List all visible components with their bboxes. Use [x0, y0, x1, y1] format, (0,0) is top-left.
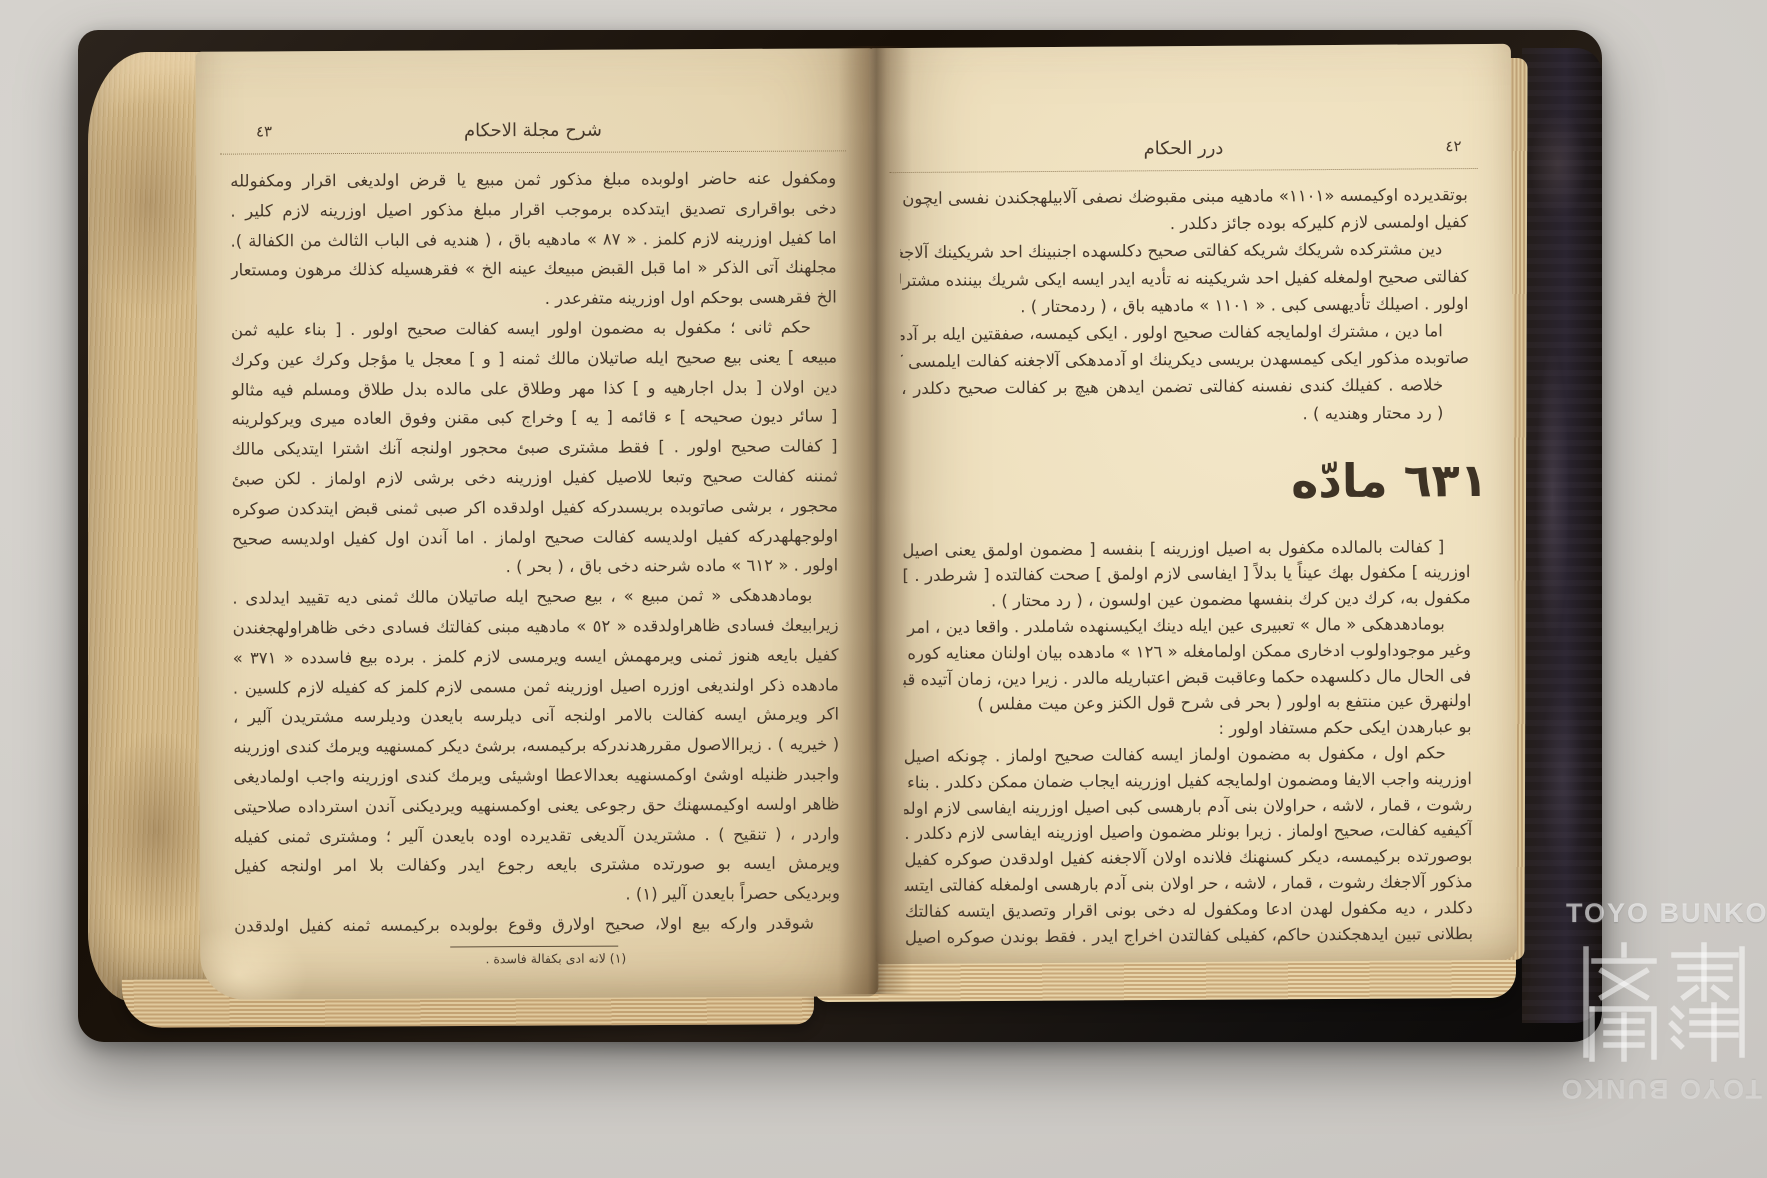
text-line: بوصورتده بركيمسه، ديكر كسنهنك فلانده اول…	[904, 843, 1472, 873]
text-line: وغير موجوداولوب ادخارى ممكن اولمامغله « …	[903, 637, 1471, 667]
text-line: الخ فقرهسى بوحكم اول اوزرينه متفرعدر .	[231, 283, 837, 316]
left-page-header: ٤٣ شرح مجلة الاحكام	[230, 118, 836, 145]
text-line: حكم اول ، مكفول به مضمون اولماز ايسه كفا…	[904, 740, 1472, 770]
text-line: [ كفالت صحيح اولور . ] فقط مشترى صبئ محج…	[232, 432, 838, 465]
text-line: ومكفول عنه حاضر اولوبده مبلغ مذكور ثمن م…	[230, 163, 836, 196]
left-page-body: ومكفول عنه حاضر اولوبده مبلغ مذكور ثمن م…	[230, 163, 840, 941]
text-line: وبرديكى حصراً بايعدن آلير (١) .	[234, 879, 840, 912]
text-line: دكلدر ، ديه مكفول لهدن ادعا ومكفول له دخ…	[905, 895, 1473, 925]
text-line: دخى بواقرارى تصديق ايتدكده برموجب اقرار …	[230, 193, 836, 226]
text-line: بطلانى تبين ايدهجكندن حاكم، كفيلى كفالتد…	[905, 921, 1473, 951]
text-line: اولنهرق عين منتفع به اولور ( بحر فى شرح …	[903, 689, 1471, 719]
text-line: اما دين ، مشترك اولمايجه كفالت صحيح اولو…	[901, 317, 1469, 348]
left-page-header-title: شرح مجلة الاحكام	[464, 120, 602, 142]
text-line: اولوجهلهدركه كفيل اولديسه كفالت صحيح اول…	[232, 521, 838, 554]
article-631-heading: ٦٣١ مادّه	[902, 438, 1489, 526]
text-line: مجلهنك آتى الذكر « اما قبل القبض مبيعك ع…	[231, 253, 837, 286]
footnote-text: (١) لانه ادى بكفالة فاسدة .	[234, 950, 626, 967]
text-line: حكم ثانى ؛ مكفول به مضمون اولور ايسه كفا…	[231, 312, 837, 345]
text-line: دين اولان [ بدل اجارهيه و ] كذا مهر وطلا…	[231, 372, 837, 405]
text-line: [ سائر ديون صحيحه ] ء قائمه [ يه ] وخراج…	[231, 402, 837, 435]
text-line: اوزرينه واجب الايفا ومضمون اولمايجه كفيل…	[904, 766, 1472, 796]
text-line: بوتقديرده اوكيمسه «١١٠١» مادهيه مبنى مقب…	[900, 181, 1468, 212]
text-line: بومادهدهكى « مال » تعبيرى عين ايله دينك …	[903, 611, 1471, 641]
right-page-body-top: بوتقديرده اوكيمسه «١١٠١» مادهيه مبنى مقب…	[900, 181, 1470, 430]
text-line: خلاصه . كفيلك كندى نفسنه كفالتى تضمن ايد…	[901, 371, 1469, 402]
text-line: اولور . « ٦١٢ » ماده شرحنه دخى باق ، ( ب…	[232, 551, 838, 584]
text-line: مذكور آلاجغك رشوت ، قمار ، لاشه ، حر اول…	[905, 869, 1473, 899]
text-line: شوقدر واركه بيع اولا، صحيح اولارق وقوع ب…	[234, 908, 840, 941]
text-line: كفالتى صحيح اولمغله كفيل احد شريكينه نه …	[900, 263, 1468, 294]
text-line: زيرابيعك فسادى ظاهراولدقده « ٥٢ » مادهيه…	[232, 610, 838, 643]
right-page-text-column: ٤٢ درر الحكام بوتقديرده اوكيمسه «١١٠١» م…	[899, 136, 1473, 950]
text-line: آكيفيه كفالت، صحيح اولماز . زيرا بونلر م…	[904, 818, 1472, 848]
text-line: ( خيريه ) . زيراالاصول مقررهدندركه بركيم…	[233, 730, 839, 763]
text-line: ( رد محتار وهنديه ) .	[901, 399, 1469, 430]
watermark-text-bottom: TOYO BUNKO	[1566, 1073, 1762, 1104]
text-line: مادهده ذكر اولنديغى اوزره اصيل اوزرينه ث…	[233, 670, 839, 703]
right-page-body-bottom: [ كفالت بالمالده مكفول به اصيل اوزرينه ]…	[902, 534, 1473, 951]
text-line: دين مشتركده شريكك شريكه كفالتى صحيح دكلس…	[900, 235, 1468, 266]
footnote-separator-rule	[450, 945, 618, 947]
text-line: محجور ، برشى صاتوبده بريسىدركه كفيل اولد…	[232, 491, 838, 524]
left-page-text-column: ٤٣ شرح مجلة الاحكام ومكفول عنه حاضر اولو…	[230, 118, 840, 967]
book-cover-worn-edge	[1522, 48, 1602, 1023]
text-line: اكر ويرمش ايسه كفالت بالامر اولنجه آنى د…	[233, 700, 839, 733]
library-watermark: TOYO BUNKO TOYO BUNKO	[1566, 898, 1762, 1104]
text-line: مكفول به، كرك دين كرك بنفسها مضمون عين ا…	[903, 585, 1471, 615]
left-page: ٤٣ شرح مجلة الاحكام ومكفول عنه حاضر اولو…	[196, 48, 879, 1000]
text-line: كفيل بايعه هنوز ثمنى ويرمهمش ايسه ويرمسى…	[233, 640, 839, 673]
text-line: [ كفالت بالمالده مكفول به اصيل اوزرينه ]…	[902, 534, 1470, 564]
left-page-number: ٤٣	[256, 122, 272, 140]
toyo-bunko-seal-icon	[1580, 939, 1748, 1063]
book-gutter-shadow	[838, 46, 912, 994]
right-page: ٤٢ درر الحكام بوتقديرده اوكيمسه «١١٠١» م…	[869, 44, 1517, 964]
right-page-header-title: درر الحكام	[1144, 138, 1224, 160]
text-line: رشوت ، قمار ، لاشه ، حراولان بنى آدم بار…	[904, 792, 1472, 822]
text-line: فى الحال مال دكلسهده حكما وعاقبت قبض اعت…	[903, 663, 1471, 693]
text-line: مبيعه ] يعنى بيع صحيح ايله صاتيلان مالك …	[231, 342, 837, 375]
text-line: ويرمش ايسه بو صورتده مشترى بايعه رجوع اي…	[234, 849, 840, 882]
text-line: واجبدر ظنيله اوشئ اوكمسنهيه بعدالاعطا او…	[233, 759, 839, 792]
text-line: صاتوبده مذكور ايكى كيمسهدن بريسى ديكرينك…	[901, 344, 1469, 375]
text-line: اما كفيل اوزرينه لازم كلمز . « ٨٧ » ماده…	[230, 223, 836, 256]
text-line: كفيل اولمسى لازم كليركه بوده جائز دكلدر …	[900, 208, 1468, 239]
text-line: اولور . اصيلك تأديهسى كبى . « ١١٠١ » ماد…	[901, 290, 1469, 321]
text-line: اوزرينه ] مكفول بهك عيناً يا بدلاً [ ايف…	[902, 560, 1470, 590]
text-line: بومادهدهكى « ثمن مبيع » ، بيع صحيح ايله …	[232, 581, 838, 614]
right-page-header: ٤٢ درر الحكام	[899, 136, 1467, 164]
photo-scene: ٤٣ شرح مجلة الاحكام ومكفول عنه حاضر اولو…	[0, 0, 1767, 1178]
text-line: ظاهر اولسه اوكيمسهنك حق رجوعى يعنى اوكمس…	[233, 789, 839, 822]
text-line: واردر ، ( تنقيح ) . مشتريدن آلديغى تقدير…	[234, 819, 840, 852]
right-page-number: ٤٢	[1445, 137, 1461, 155]
text-line: بو عبارهدن ايكى حكم مستفاد اولور :	[903, 714, 1471, 744]
watermark-text-top: TOYO BUNKO	[1566, 898, 1762, 929]
text-line: ثمننه كفالت صحيح وتبعا للاصيل كفيل اوزري…	[232, 461, 838, 494]
